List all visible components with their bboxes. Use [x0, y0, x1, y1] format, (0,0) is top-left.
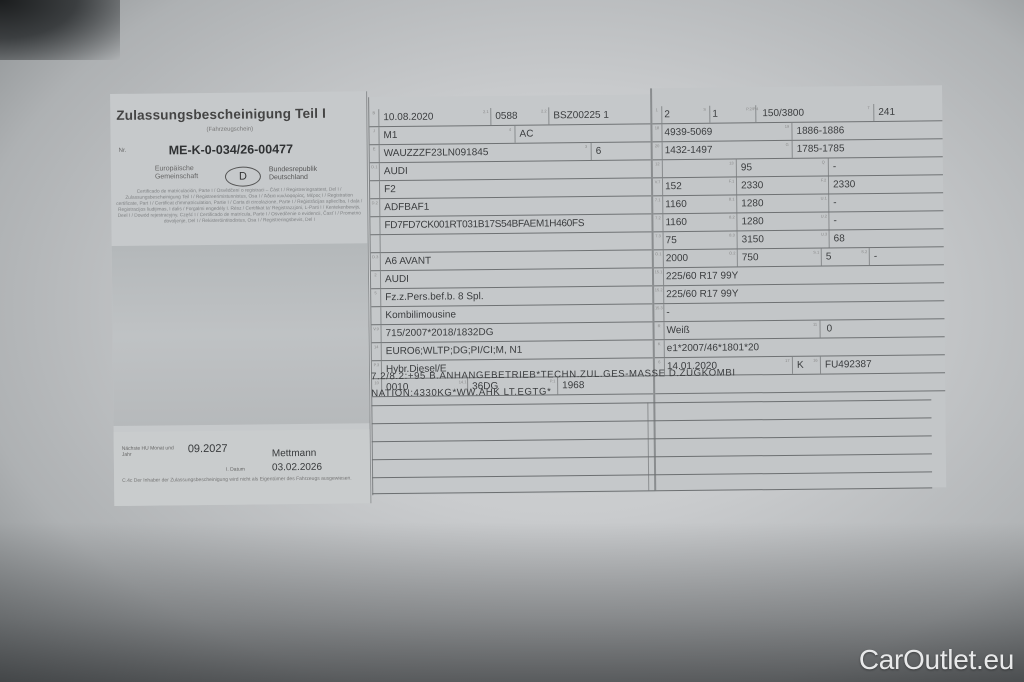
field-7-3: 75 [666, 232, 677, 249]
field-code: D.2 [370, 199, 380, 216]
make: AUDI [384, 163, 408, 180]
document-title: Zulassungsbescheinigung Teil I [116, 106, 326, 123]
field-code: 15.2 [654, 286, 664, 303]
axles: 2 [664, 106, 670, 123]
field-code: O.1 [654, 250, 664, 267]
version: FD7FD7CK001RT031B17S54BFAEM1H460FS [384, 215, 584, 234]
remarks-field: 7.2/8.2:+95 B.ANHANGEBETRIEB*TECHN.ZUL.G… [371, 362, 931, 402]
field-code: 12 [653, 160, 663, 177]
empty-mass: 1785-1785 [797, 140, 845, 157]
max-mass-permitted: 2330 [833, 176, 855, 193]
certificate-cover-panel: Zulassungsbescheinigung Teil I (Fahrzeug… [110, 91, 371, 506]
engine-speed: - [833, 212, 837, 229]
max-mass-technical: 2330 [741, 177, 763, 194]
tyres-axle-2: 225/60 R17 99Y [666, 285, 738, 303]
field-code [370, 217, 380, 234]
first-registration-date: 10.08.2020 [383, 109, 433, 127]
vehicle-category: Fz.z.Pers.bef.b. 8 Spl. [385, 288, 484, 306]
next-inspection-label: Nächste HU Monat und Jahr [122, 445, 182, 458]
field-code: 8.1 [727, 195, 737, 212]
driving-noise: 68 [834, 230, 845, 247]
country-code-oval: D [225, 166, 261, 186]
color: Weiß [666, 322, 689, 339]
axle-load-2-technical: 1160 [665, 214, 687, 231]
manufacturer-short: AUDI [385, 271, 409, 288]
watermark-logo: CarOutlet.eu [859, 644, 1014, 676]
registration-certificate: Zulassungsbescheinigung Teil I (Fahrzeug… [110, 79, 952, 508]
manufacturer-key: 0588 [495, 108, 517, 125]
field-code: D.1 [370, 163, 380, 180]
divider-line [372, 435, 932, 442]
seats: 5 [826, 248, 832, 265]
tyres-axle-3: - [666, 304, 670, 321]
redacted-area [112, 243, 370, 426]
number-label: Nr. [119, 148, 127, 154]
divider-line [372, 417, 932, 424]
field-code: D.3 [371, 253, 381, 270]
field-code: 1 [652, 106, 662, 123]
field-code: F.2 [819, 176, 829, 193]
field-code: T [864, 104, 874, 121]
field-code: 15.1 [654, 268, 664, 285]
field-code [370, 181, 380, 198]
body-type: Kombilimousine [385, 306, 456, 324]
vin: WAUZZZF23LN091845 [384, 144, 489, 162]
stationary-noise: - [833, 194, 837, 211]
trailer-unbraked: 750 [742, 249, 759, 266]
tyres-axle-1: 225/60 R17 99Y [666, 267, 738, 285]
divider-line [372, 487, 932, 494]
inspection-issue-box: Nächste HU Monat und Jahr 09.2027 Mettma… [114, 429, 371, 506]
field-code: 19 [782, 123, 792, 140]
field-code: 13 [727, 159, 737, 176]
holder-note: C.4c Der Inhaber der Zulassungsbescheini… [122, 475, 362, 484]
field-code: 2 [371, 271, 381, 288]
field-code: O.2 [728, 249, 738, 266]
divider-line [372, 453, 932, 460]
height: 1432-1497 [665, 142, 713, 159]
co2: 152 [665, 178, 682, 195]
field-code: 4 [505, 126, 515, 143]
field-code: P.2/P.4 [746, 105, 756, 122]
power-weight-ratio: - [833, 158, 837, 175]
issue-place: Mettmann [272, 448, 317, 459]
field-code: 8.3 [728, 231, 738, 248]
top-speed: 241 [878, 104, 895, 121]
type-approval-number: e1*2007/46*1801*20 [667, 339, 760, 357]
field-code: 2.1 [481, 108, 491, 125]
divider-line [372, 471, 932, 478]
field-code: U.1 [819, 194, 829, 211]
field-code: V.9 [371, 325, 381, 342]
field-code: R [654, 322, 664, 339]
emission-regulation: 715/2007*2018/1832DG [385, 324, 493, 342]
document-number: ME-K-0-034/26-00477 [169, 142, 294, 157]
country-label: Bundesrepublik Deutschland [269, 166, 339, 183]
field-code: 14 [372, 343, 382, 360]
field-8-3: 3150 [742, 231, 764, 248]
field-13: 95 [741, 159, 752, 176]
field-code: E [370, 145, 380, 162]
field-code: J [369, 127, 379, 144]
field-code: 8.2 [727, 213, 737, 230]
field-code: 7.1 [653, 196, 663, 213]
issue-date-label: I. Datum [226, 467, 245, 473]
field-code [371, 235, 381, 252]
eu-label: Europäische Gemeinschaft [155, 165, 215, 182]
drive-axles: 1 [712, 106, 718, 123]
field-code: G [783, 141, 793, 158]
document-subtitle: (Fahrzeugschein) [206, 127, 253, 133]
width: 1886-1886 [796, 122, 844, 139]
field-code: 5 [371, 289, 381, 306]
vehicle-class: M1 [383, 127, 397, 144]
field-code: U.3 [820, 230, 830, 247]
field-code: 15.3 [654, 304, 664, 321]
axle-load-1-permitted: 1280 [741, 195, 763, 212]
vin-check-digit: 6 [596, 143, 602, 160]
field-code: 18 [652, 124, 662, 141]
power-rpm: 150/3800 [762, 105, 804, 122]
body-type-code: AC [519, 126, 533, 143]
type: F2 [384, 181, 396, 198]
field-code [371, 307, 381, 324]
field-code: S.2 [860, 248, 870, 265]
field-code: B [369, 109, 379, 126]
standing-places: - [874, 248, 878, 265]
length: 4939-5069 [664, 124, 712, 141]
variant: ADFBAF1 [384, 199, 429, 216]
field-code: 11 [810, 321, 820, 338]
type-key: BSZ00225 1 [553, 107, 609, 125]
next-inspection-value: 09.2027 [188, 443, 228, 455]
multilingual-fine-print: Certificado de matriculación, Parte I / … [115, 187, 363, 226]
field-code: S [700, 106, 710, 123]
model: A6 AVANT [385, 253, 432, 270]
field-code: 7.3 [654, 232, 664, 249]
photo-shadow [0, 0, 120, 60]
field-code: V.7 [653, 178, 663, 195]
field-code: 2.2 [539, 107, 549, 124]
field-code: S.1 [812, 249, 822, 266]
trailer-braked: 2000 [666, 250, 688, 267]
color-code: 0 [826, 320, 832, 337]
axle-load-2-permitted: 1280 [741, 213, 763, 230]
issue-date: 03.02.2026 [272, 462, 322, 474]
field-code: K [655, 340, 665, 357]
column-divider [647, 402, 649, 490]
field-code: 7.2 [653, 214, 663, 231]
field-code: Q [819, 158, 829, 175]
blank-remark-lines [371, 399, 932, 493]
axle-load-1-technical: 1160 [665, 196, 687, 213]
emission-class: EURO6;WLTP;DG;PI/CI;M, N1 [386, 342, 523, 360]
field-code: 20 [653, 142, 663, 159]
field-code: F.1 [727, 177, 737, 194]
field-code: U.2 [819, 212, 829, 229]
field-code: 3 [582, 143, 592, 160]
